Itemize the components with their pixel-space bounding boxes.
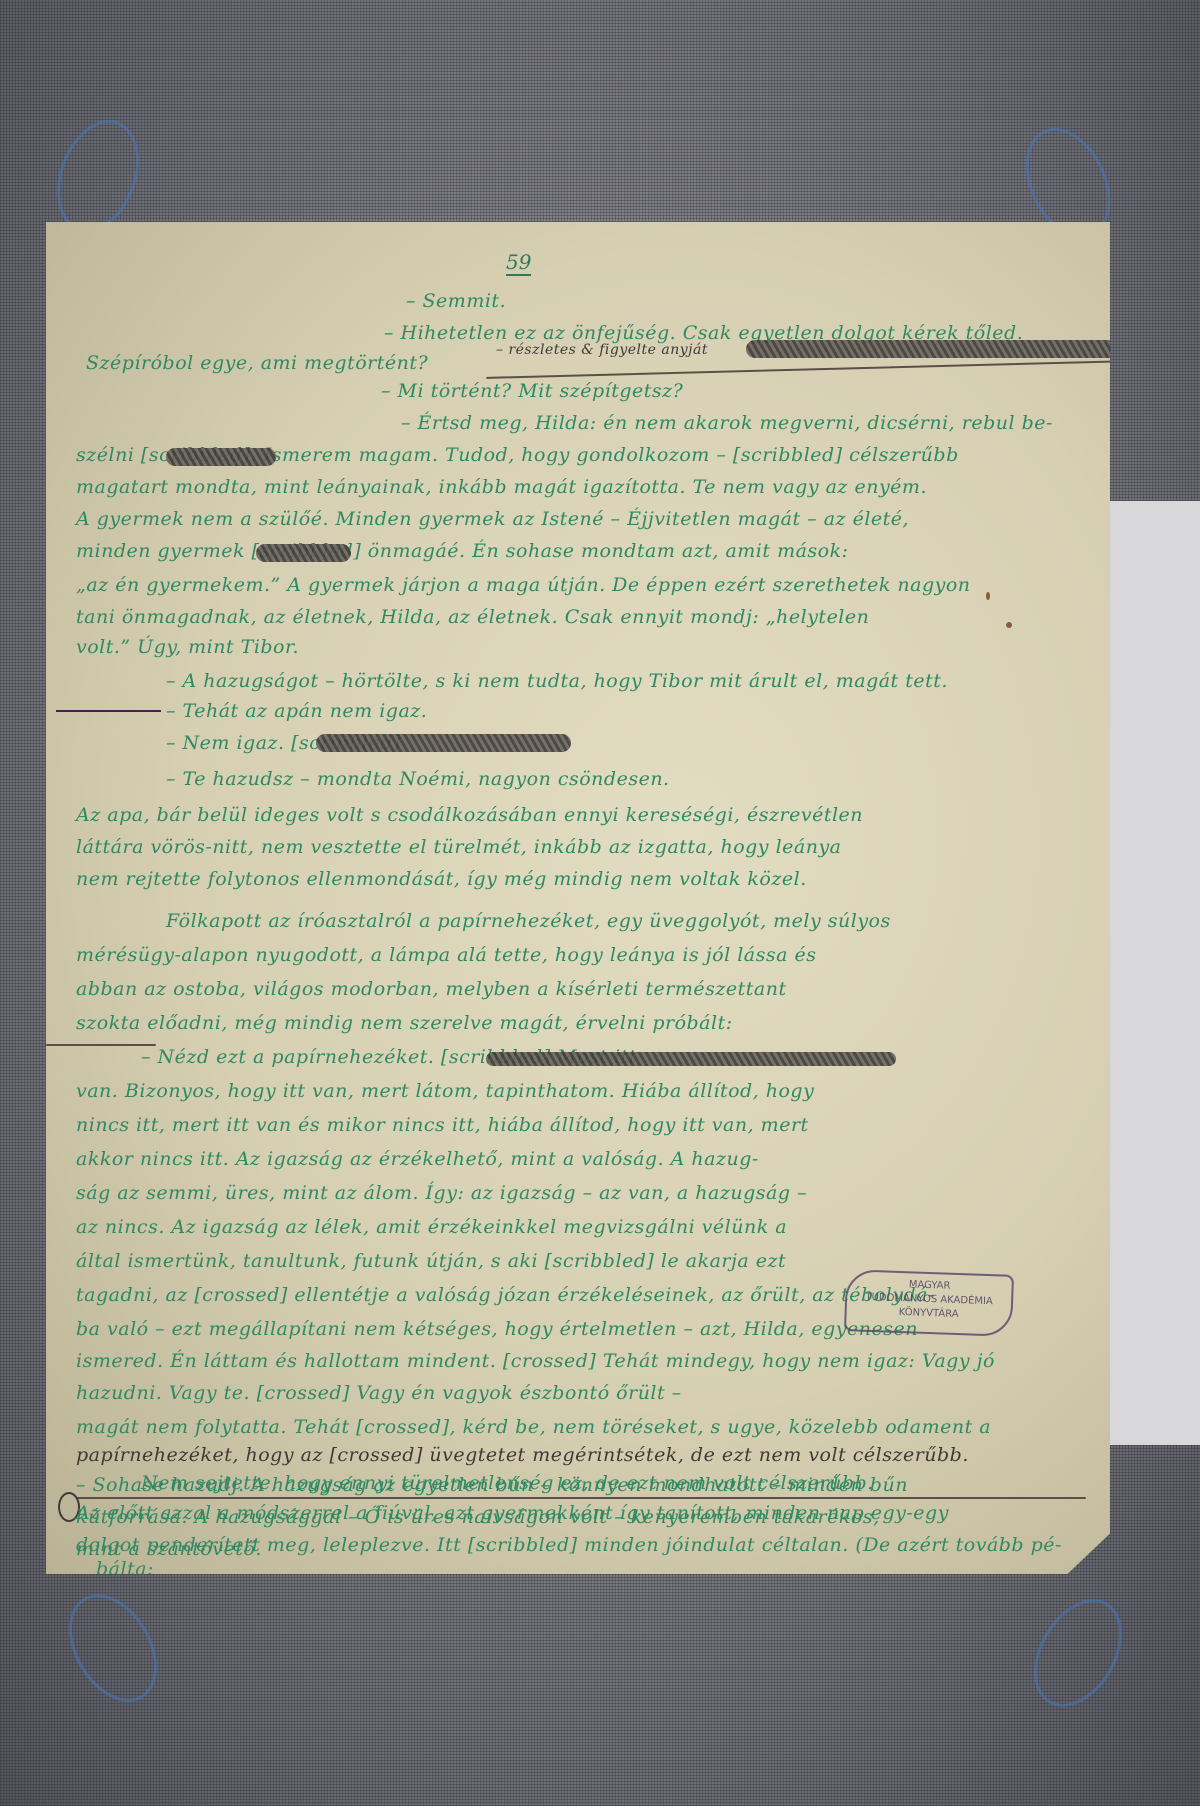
paper-stain <box>1006 622 1012 628</box>
manuscript-line: abban az ostoba, világos modorban, melyb… <box>76 978 787 1000</box>
margin-pencil-mark <box>46 1044 156 1046</box>
manuscript-line: hazudni. Vagy te. [crossed] Vagy én vagy… <box>76 1382 682 1404</box>
manuscript-line: tani önmagadnak, az életnek, Hilda, az é… <box>76 606 869 628</box>
manuscript-line: – Mi történt? Mit szépítgetsz? <box>381 380 683 402</box>
scribbled-out-text <box>486 1052 896 1066</box>
scribbled-out-text <box>316 734 571 752</box>
manuscript-line: mint a szántóvető. <box>76 1538 262 1560</box>
manuscript-line: nincs itt, mert itt van és mikor nincs i… <box>76 1114 809 1136</box>
pencil-underline <box>486 359 1166 379</box>
manuscript-line: láttára vörös-nitt, nem vesztette el tür… <box>76 836 842 858</box>
manuscript-line: – Sohase hazudj. A hazugság az egyetlen … <box>76 1474 908 1496</box>
manuscript-line: mérésügy-alapon nyugodott, a lámpa alá t… <box>76 944 817 966</box>
corner-pencil-mark-bottom-left <box>51 1579 175 1717</box>
pencil-line: papírnehezéket, hogy az [crossed] üvegte… <box>76 1444 969 1466</box>
pencil-insertion: – részletes & figyelte anyját <box>496 342 708 358</box>
manuscript-line: – Értsd meg, Hilda: én nem akarok megver… <box>401 412 1053 434</box>
margin-purple-mark <box>56 710 161 712</box>
manuscript-line: van. Bizonyos, hogy itt van, mert látom,… <box>76 1080 814 1102</box>
manuscript-line: az nincs. Az igazság az lélek, amit érzé… <box>76 1216 787 1238</box>
manuscript-line: magát nem folytatta. Tehát [crossed], ké… <box>76 1416 991 1438</box>
manuscript-line: ismered. Én láttam és hallottam mindent.… <box>76 1350 995 1372</box>
manuscript-line: minden gyermek [scribbled] önmagáé. Én s… <box>76 540 849 562</box>
manuscript-line: – Tehát az apán nem igaz. <box>166 700 427 722</box>
manuscript-line: bálta: <box>96 1558 154 1580</box>
paper-stain <box>986 592 990 600</box>
manuscript-line: „az én gyermekem.” A gyermek járjon a ma… <box>76 574 971 596</box>
library-stamp: MAGYAR TUDOMÁNYOS AKADÉMIA KÖNYVTÁRA <box>844 1269 1014 1337</box>
manuscript-line: Az apa, bár belül ideges volt s csodálko… <box>76 804 863 826</box>
manuscript-line: Fölkapott az íróasztalról a papírnehezék… <box>166 910 891 932</box>
scribbled-out-text <box>166 448 276 466</box>
scribbled-out-text <box>256 544 351 562</box>
manuscript-line: – Semmit. <box>406 290 506 312</box>
manuscript-line: – A hazugságot – hörtölte, s ki nem tudt… <box>166 670 948 692</box>
background-white-sheet <box>1108 501 1200 1445</box>
manuscript-line: A gyermek nem a szülőé. Minden gyermek a… <box>76 508 909 530</box>
margin-note: Szépíróbol egye, ami megtörtént? <box>86 352 428 374</box>
manuscript-line: kútforrása. A hazugsággal – Ő is üres na… <box>76 1506 880 1528</box>
manuscript-line: ság az semmi, üres, mint az álom. Így: a… <box>76 1182 807 1204</box>
manuscript-line: – Te hazudsz – mondta Noémi, nagyon csön… <box>166 768 670 790</box>
manuscript-line: ba való – ezt megállapítani nem kétséges… <box>76 1318 918 1340</box>
manuscript-line: magatart mondta, mint leányainak, inkább… <box>76 476 927 498</box>
manuscript-page: 59 – Semmit. – Hihetetlen ez az önfejűsé… <box>46 222 1110 1574</box>
manuscript-line: akkor nincs itt. Az igazság az érzékelhe… <box>76 1148 759 1170</box>
scribbled-out-text <box>746 340 1126 358</box>
corner-pencil-mark-bottom-right <box>1016 1584 1140 1722</box>
page-number: 59 <box>506 250 531 276</box>
manuscript-line: által ismertünk, tanultunk, futunk útján… <box>76 1250 786 1272</box>
manuscript-line: nem rejtette folytonos ellenmondását, íg… <box>76 868 807 890</box>
pencil-rule-line <box>76 1497 1086 1499</box>
manuscript-line: tagadni, az [crossed] ellentétje a valós… <box>76 1284 935 1306</box>
manuscript-line: szokta előadni, még mindig nem szerelve … <box>76 1012 733 1034</box>
manuscript-line: volt.” Úgy, mint Tibor. <box>76 636 299 658</box>
